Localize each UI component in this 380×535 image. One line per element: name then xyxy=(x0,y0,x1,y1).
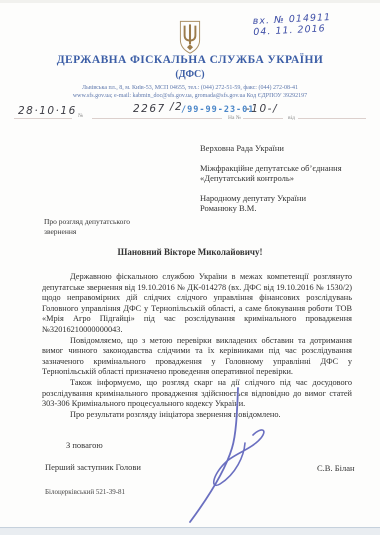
recipient-deputy-line1: Народному депутату України xyxy=(200,193,365,204)
executor-contact: Білоцерківський 521-39-81 xyxy=(45,488,125,496)
org-address-line2: www.sfs.gov.ua; e-mail: kabmin_doc@sfs.g… xyxy=(0,93,380,101)
salutation: Шановний Вікторе Миколайовичу! xyxy=(0,247,380,257)
signer-name: С.В. Білан xyxy=(317,463,355,473)
na-no-underline xyxy=(243,118,283,119)
date-underline xyxy=(14,118,72,119)
number-underline xyxy=(92,118,222,119)
subject-block: Про розгляд депутатського звернення xyxy=(44,217,164,236)
stamped-index-number: /99-99-23-01 xyxy=(181,105,254,115)
subject-line2: звернення xyxy=(44,227,164,237)
body-paragraph-2: Повідомляємо, що з метою перевірки викла… xyxy=(42,336,352,378)
no-label: № xyxy=(78,113,83,119)
org-address-line1: Львівська пл., 8, м. Київ-53, МСП 04655,… xyxy=(0,85,380,93)
vid-label: від xyxy=(288,115,295,121)
recipient-association-line1: Міжфракційне депутатське об’єднання xyxy=(200,163,365,174)
handwritten-date: 28·10·16 xyxy=(18,105,77,117)
signer-position: Перший заступник Голови xyxy=(45,462,141,472)
handwritten-number: 2267 xyxy=(133,103,166,115)
subject-line1: Про розгляд депутатського xyxy=(44,217,164,227)
reference-line: 28·10·16 № 2267 /2 /99-99-23-01 -10-/ На… xyxy=(0,103,380,123)
recipient-association-line2: «Депутатський контроль» xyxy=(200,173,365,184)
na-no-label: На № xyxy=(228,115,241,121)
recipient-block: Верховна Рада України Міжфракційне депут… xyxy=(200,143,365,214)
recipient-deputy-name: Романюку В.М. xyxy=(200,203,365,214)
body-paragraph-1: Державною фіскальною службою України в м… xyxy=(42,272,352,336)
recipient-org: Верховна Рада України xyxy=(200,143,365,154)
trident-emblem-icon xyxy=(178,20,202,54)
vid-underline xyxy=(298,118,366,119)
closing-regards: З повагою xyxy=(66,440,103,450)
org-name: ДЕРЖАВНА ФІСКАЛЬНА СЛУЖБА УКРАЇНИ xyxy=(0,54,380,66)
handwritten-number-tail: -10-/ xyxy=(246,103,278,115)
signature-ink xyxy=(160,380,290,529)
incoming-number-note: вх. № 014911 04. 11. 2016 xyxy=(252,12,331,38)
scan-edge-bottom xyxy=(0,527,380,529)
scan-edge-top xyxy=(0,0,380,3)
scanned-letter-page: вх. № 014911 04. 11. 2016 ДЕРЖАВНА ФІСКА… xyxy=(0,0,380,529)
org-abbr: (ДФС) xyxy=(0,69,380,80)
